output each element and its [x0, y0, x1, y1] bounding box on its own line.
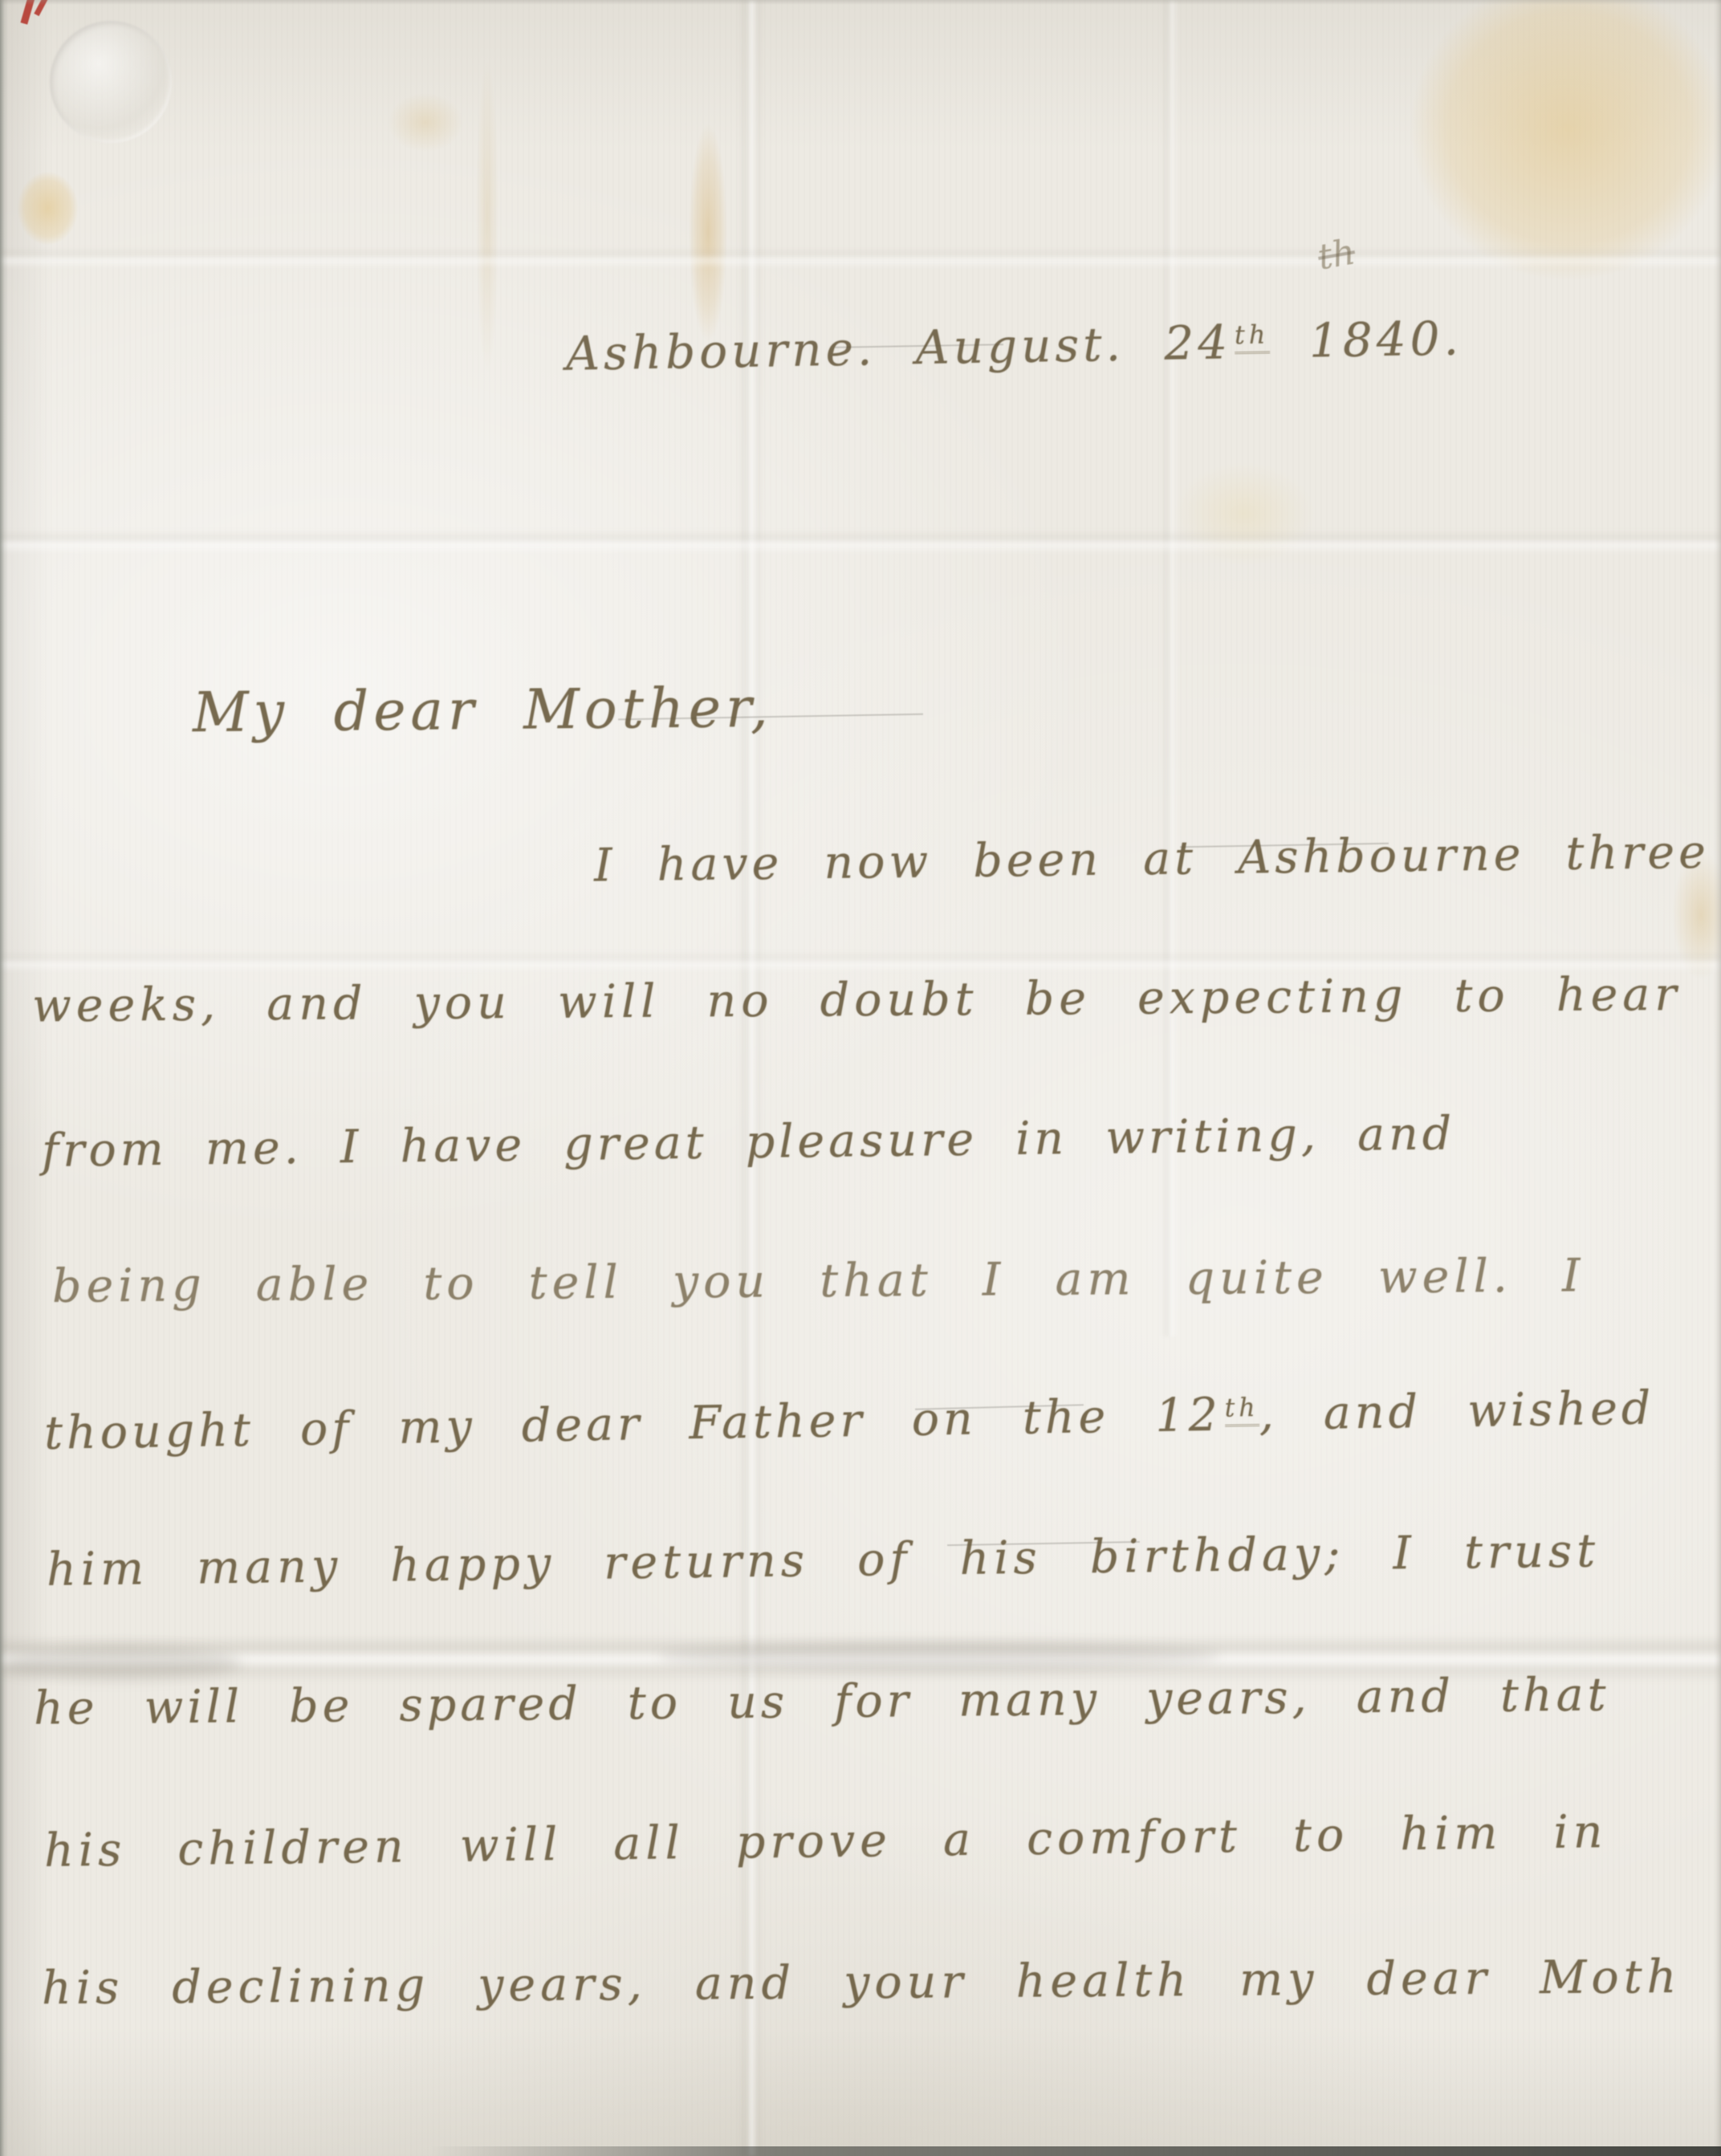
- stain-top-center: [377, 84, 474, 161]
- scan-edge-top: [0, 0, 1721, 5]
- body-line-text: thought of my dear Father on the 12: [44, 1389, 1223, 1460]
- stain-top-left: [10, 162, 86, 254]
- body-line: being able to tell you that I am quite w…: [52, 1253, 1585, 1309]
- body-line: thought of my dear Father on the 12th, a…: [44, 1385, 1655, 1457]
- embossed-seal: [50, 21, 172, 143]
- body-line: him many happy returns of his birthday; …: [47, 1528, 1601, 1593]
- scan-edge-right: [1715, 0, 1721, 2156]
- body-line: I have now been at Ashbourne three: [594, 830, 1710, 889]
- scan-edge-bottom: [0, 2146, 1721, 2156]
- salutation: My dear Mother,: [193, 681, 773, 741]
- body-line: weeks, and you will no doubt be expectin…: [32, 972, 1682, 1029]
- dateline-year: 1840.: [1269, 311, 1463, 368]
- body-line-text: , and wished: [1259, 1381, 1655, 1441]
- body-line: his declining years, and your health my …: [42, 1955, 1682, 2012]
- fold-shadow-left: [0, 1647, 241, 1679]
- fold-crease-horizontal-1: [0, 247, 1721, 268]
- body-line-superscript: th: [1224, 1393, 1259, 1427]
- dateline-superscript: th: [1235, 319, 1270, 355]
- fold-crease-horizontal-2: [0, 530, 1721, 554]
- stain-below-dateline: [1156, 450, 1332, 578]
- scan-edge-left: [0, 0, 8, 2156]
- body-line: his children will all prove a comfort to…: [44, 1809, 1608, 1874]
- letter-page: th Ashbourne. August. 24th 1840. My dear…: [0, 0, 1721, 2156]
- fold-shadow-center: [658, 1642, 1220, 1670]
- body-line: he will be spared to us for many years, …: [34, 1672, 1610, 1731]
- dateline-stray-superscript: th: [1315, 231, 1358, 278]
- stain-left-streak: [474, 32, 501, 401]
- body-line: from me. I have great pleasure in writin…: [42, 1111, 1456, 1174]
- stain-top-right: [1360, 0, 1721, 329]
- dateline-text: Ashbourne. August. 24: [565, 315, 1231, 380]
- dateline: Ashbourne. August. 24th 1840.: [566, 315, 1463, 376]
